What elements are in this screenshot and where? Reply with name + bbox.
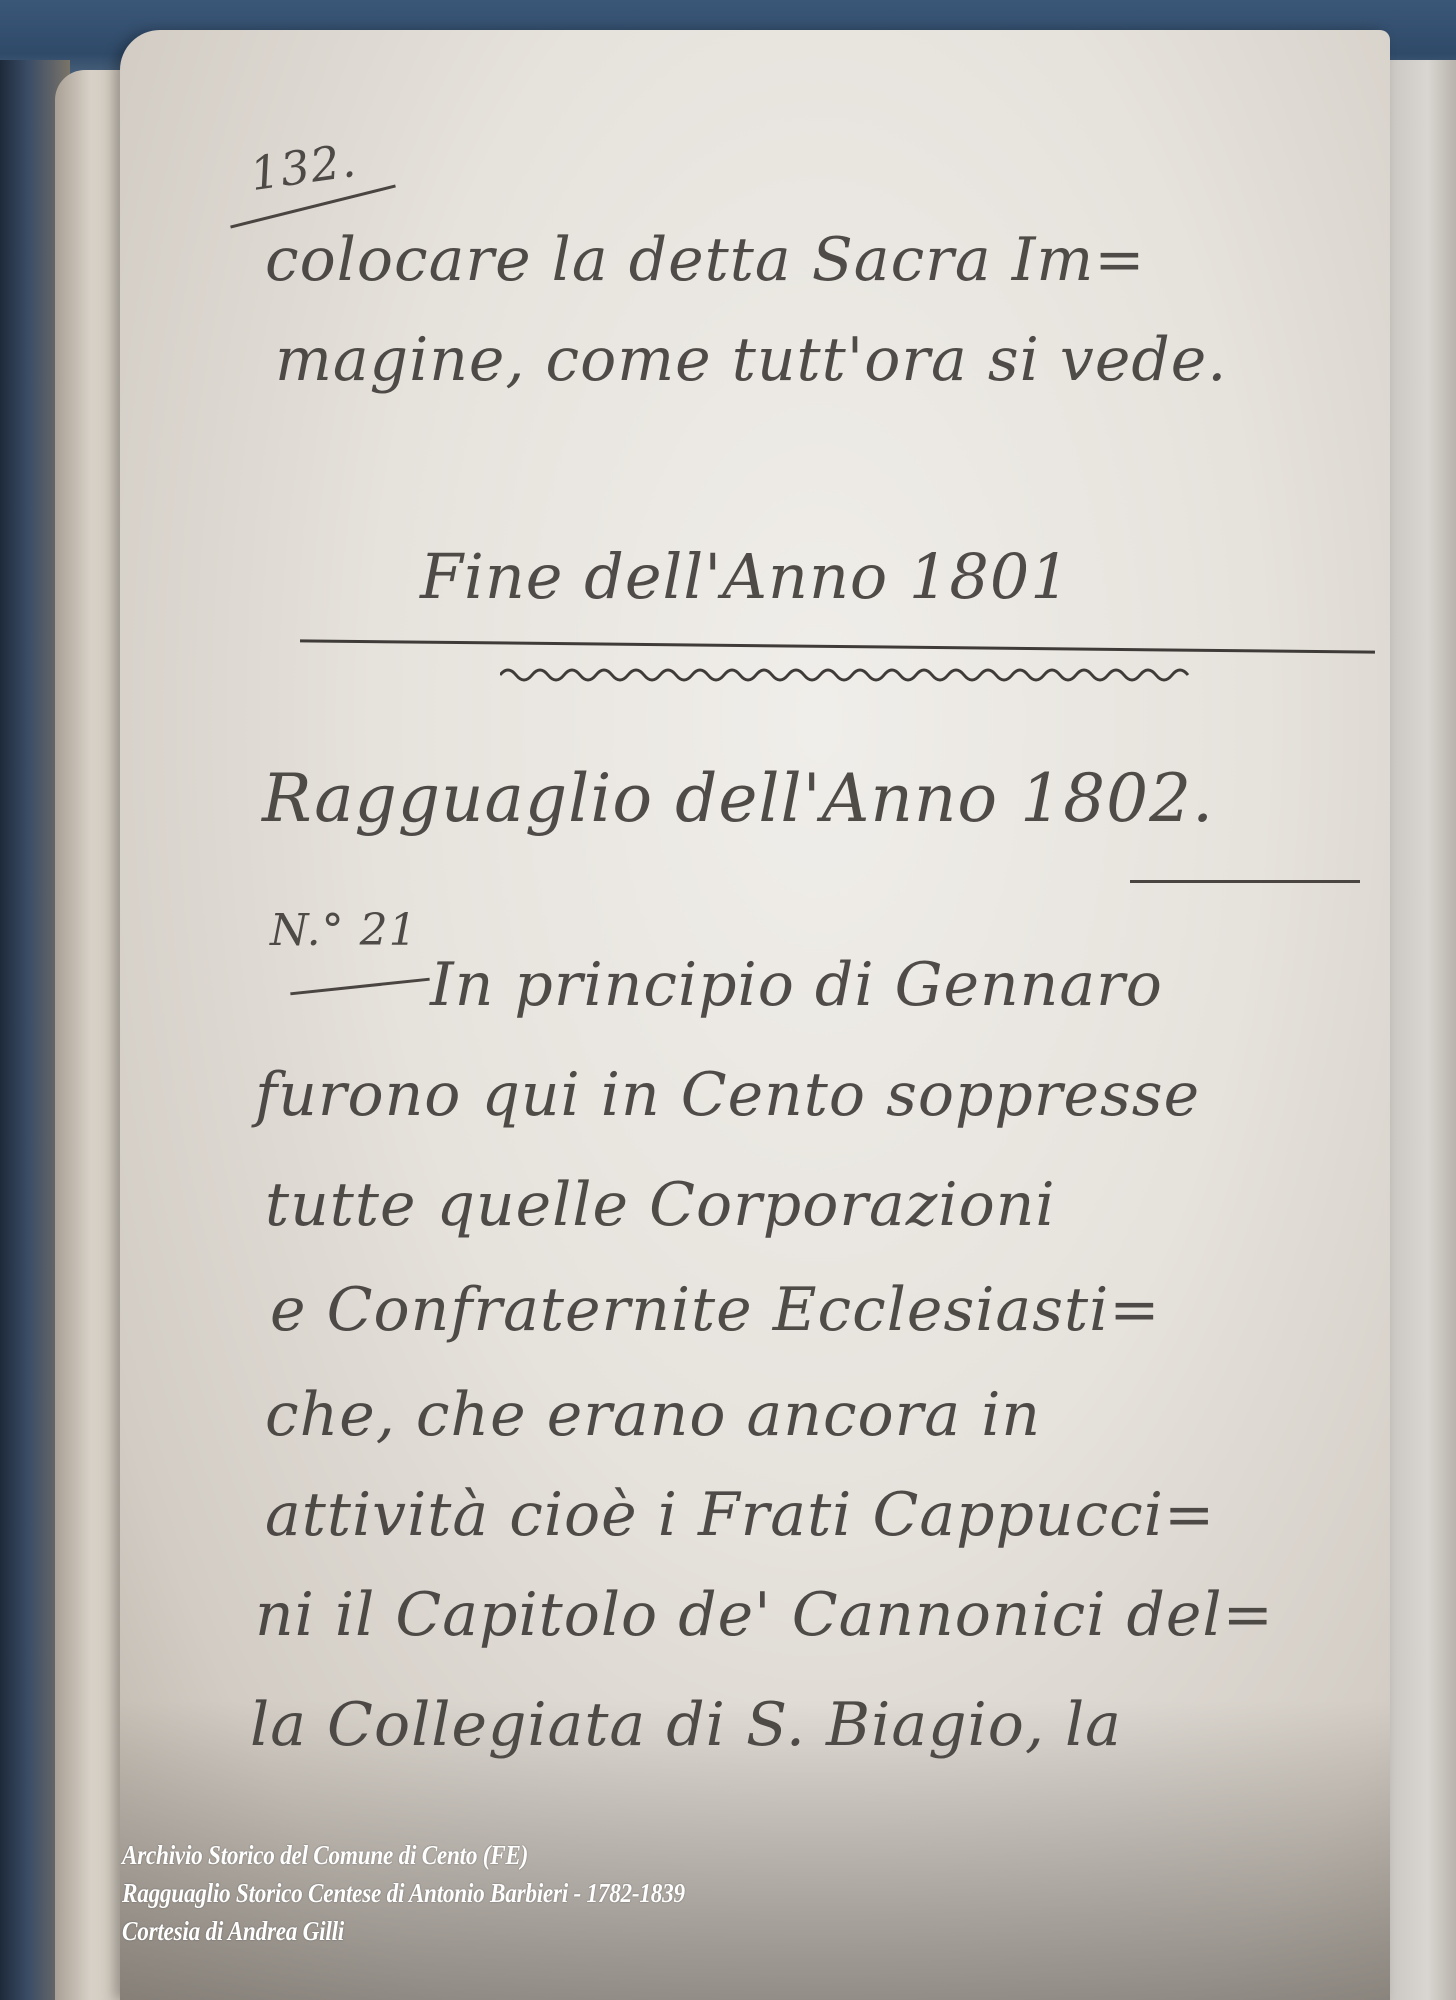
year-underline <box>1130 880 1360 883</box>
text-line-6: furono qui in Cento soppresse <box>255 1060 1200 1130</box>
caption-archive: Archivio Storico del Comune di Cento (FE… <box>122 1836 685 1874</box>
archive-caption: Archivio Storico del Comune di Cento (FE… <box>122 1836 776 1950</box>
text-line-8: e Confraternite Ecclesiasti= <box>270 1275 1161 1345</box>
facing-page-edge <box>1385 60 1456 2000</box>
text-line-7: tutte quelle Corporazioni <box>265 1170 1056 1240</box>
text-line-9: che, che erano ancora in <box>265 1380 1041 1450</box>
wavy-flourish <box>500 660 1200 690</box>
caption-credit: Cortesia di Andrea Gilli <box>122 1912 685 1950</box>
text-line-5: In principio di Gennaro <box>430 950 1163 1020</box>
caption-title: Ragguaglio Storico Centese di Antonio Ba… <box>122 1874 685 1912</box>
text-line-2: magine, come tutt'ora si vede. <box>275 325 1227 395</box>
text-line-10: attività cioè i Frati Cappucci= <box>265 1480 1215 1550</box>
text-line-11: ni il Capitolo de' Cannonici del= <box>255 1580 1274 1650</box>
section-end-title: Fine dell'Anno 1801 <box>420 540 1071 613</box>
section-heading: Ragguaglio dell'Anno 1802. <box>262 760 1214 837</box>
text-line-1: colocare la detta Sacra Im= <box>265 225 1146 295</box>
margin-note: N.° 21 <box>270 905 418 956</box>
